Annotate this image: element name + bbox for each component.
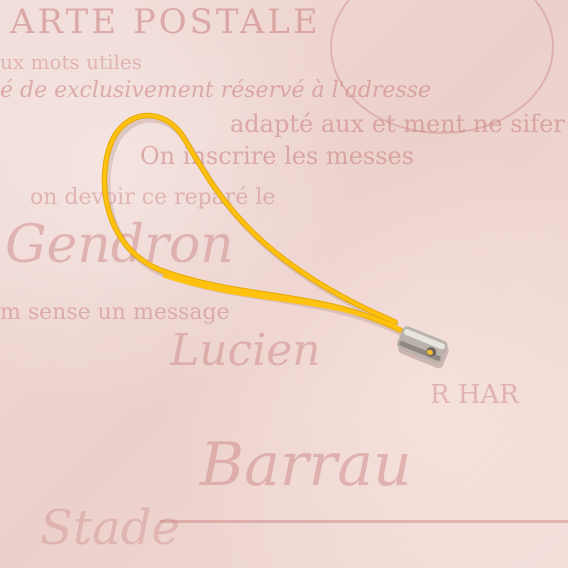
product-photo: ARTE POSTALE ux mots utiles é de exclusi…: [0, 0, 568, 568]
phone-strap: [0, 0, 568, 568]
metal-end-cap: [394, 325, 452, 370]
